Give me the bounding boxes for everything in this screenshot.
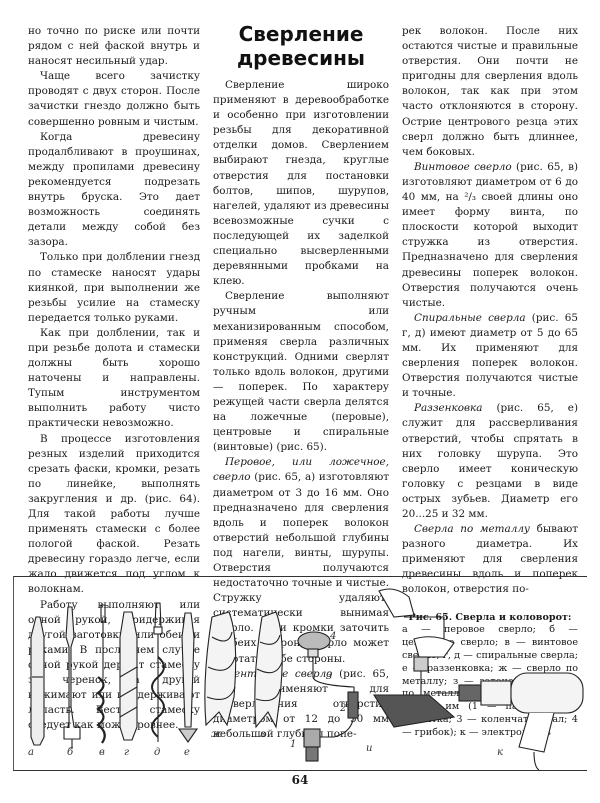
paragraph: Спиральные сверла (рис. 65 г, д) имеют д… <box>402 311 578 402</box>
term: Спиральные сверла <box>414 312 526 324</box>
part-number-2: 2 <box>340 703 346 714</box>
paragraph: Чаще всего зачистку проводят с двух стор… <box>28 69 200 129</box>
paragraph: но точно по риске или почти рядом с ней … <box>28 24 200 69</box>
term: Винтовое сверло <box>414 161 512 173</box>
paragraph: Только при долблении гнезд по стамеске н… <box>28 250 200 325</box>
title-line-1: Сверление <box>213 22 389 46</box>
paragraph-text: (рис. 65, е) служит для рассверливания о… <box>402 402 578 520</box>
auger-bit-icon <box>98 605 105 743</box>
figure-label-b: б <box>67 747 73 758</box>
paragraph-text: (рис. 65 г, д) имеют диаметр от 5 до 65 … <box>402 312 578 399</box>
figure-label-e: е <box>184 747 190 758</box>
brace-icon <box>298 589 454 761</box>
page-number: 64 <box>0 773 600 787</box>
paragraph-text: (рис. 65, в) изготовляют диаметром от 6 … <box>402 161 578 309</box>
part-number-1: 1 <box>290 739 296 750</box>
paragraph: Как при долблении, так и при резьбе доло… <box>28 326 200 432</box>
term: Сверла по металлу <box>414 523 530 535</box>
center-bit-icon <box>64 607 80 749</box>
figure-label-g: г <box>124 747 129 758</box>
paragraph: рек волокон. После них остаются чистые и… <box>402 24 578 160</box>
sharpened-metal-drill-icon <box>255 612 282 727</box>
paragraph: Раззенковка (рис. 65, е) служит для расс… <box>402 401 578 522</box>
term: Раззенковка <box>414 402 482 414</box>
twist-drill-icon <box>120 612 137 740</box>
figure-label-z: з <box>260 729 265 740</box>
figure-label-i: и <box>366 743 372 754</box>
spoon-bit-icon <box>31 617 44 745</box>
spiral-auger-icon <box>152 603 164 742</box>
title-line-2: древесины <box>213 46 389 70</box>
figure-label-d: д <box>154 747 160 758</box>
part-number-4: 4 <box>330 631 336 642</box>
paragraph: Когда древесину продалбливают в проушина… <box>28 130 200 251</box>
figure-label-v: в <box>99 747 105 758</box>
figure-drills-and-brace: а б в г д е ж з и к 1 2 3 4 <box>13 576 587 771</box>
section-title: Сверление древесины <box>213 22 389 70</box>
paragraph: Сверление широко применяют в деревообраб… <box>213 78 389 289</box>
metal-drill-icon <box>205 612 236 725</box>
part-number-3: 3 <box>326 671 332 682</box>
paragraph: В процессе изготовления резных изделий п… <box>28 432 200 598</box>
countersink-icon <box>179 613 197 742</box>
figure-label-k: к <box>497 747 503 758</box>
paragraph: Винтовое сверло (рис. 65, в) изготовляют… <box>402 160 578 311</box>
electric-drill-icon <box>434 673 583 770</box>
figure-label-a: а <box>28 747 34 758</box>
drills-illustration <box>14 577 587 770</box>
figure-label-zh: ж <box>211 729 222 740</box>
paragraph: Сверление выполняют ручным или механизир… <box>213 289 389 455</box>
